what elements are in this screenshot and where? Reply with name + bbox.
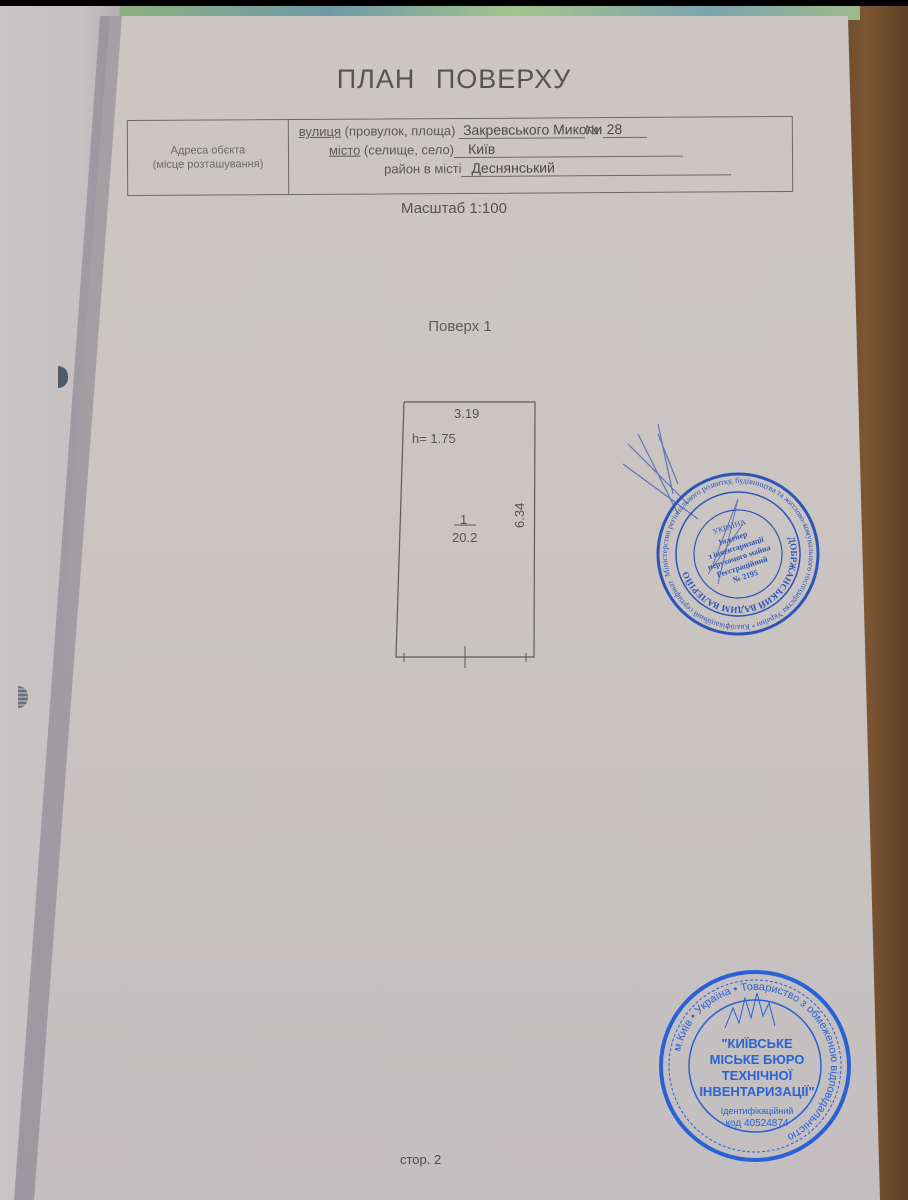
- city-value: Київ: [454, 140, 683, 158]
- address-label-cell: Адреса обєкта (місце розташування): [128, 120, 289, 195]
- ceiling-height: h= 1.75: [412, 431, 456, 446]
- district-row: район в містіДеснянський: [384, 158, 732, 177]
- svg-text:код 40524874: код 40524874: [726, 1118, 789, 1129]
- address-sublabel: (місце розташування): [153, 157, 264, 172]
- city-row: місто (селище, село)Київ: [329, 140, 683, 159]
- floor-label: Поверх 1: [0, 318, 908, 335]
- svg-text:ІНВЕНТАРИЗАЦІЇ": ІНВЕНТАРИЗАЦІЇ": [699, 1084, 814, 1099]
- address-table: Адреса обєкта (місце розташування) вулиц…: [127, 116, 793, 196]
- district-value: Деснянський: [461, 158, 731, 177]
- room-area: 20.2: [452, 530, 477, 545]
- city-key-rest: (селище, село): [364, 142, 454, 158]
- floor-plan-drawing: 3.19 h= 1.75 1 20.2 6.34: [380, 386, 550, 676]
- length-dimension: 6.34: [512, 503, 527, 528]
- address-fields: вулиця (провулок, площа) Закревського Ми…: [289, 117, 792, 194]
- svg-text:"КИЇВСЬКЕ: "КИЇВСЬКЕ: [721, 1036, 793, 1051]
- street-row: вулиця (провулок, площа) Закревського Ми…: [299, 121, 647, 140]
- bureau-seal-stamp: м.Київ • Україна • Товариство з обмежено…: [655, 968, 855, 1164]
- number-sign: №: [585, 122, 599, 137]
- street-key: вулиця: [299, 124, 341, 139]
- scale-label: Масштаб 1:100: [0, 200, 908, 217]
- district-key: район в місті: [384, 161, 462, 176]
- page-number: стор. 2: [400, 1152, 441, 1167]
- svg-text:МІСЬКЕ БЮРО: МІСЬКЕ БЮРО: [710, 1052, 805, 1067]
- city-key: місто: [329, 143, 360, 158]
- engineer-seal-stamp: Міністерство регіонального розвитку, буд…: [618, 424, 828, 644]
- street-key-rest: (провулок, площа): [345, 123, 456, 139]
- photo-scene: ПЛАН ПОВЕРХУ Адреса обєкта (місце розташ…: [0, 6, 908, 1200]
- svg-text:Ідентифікаційний: Ідентифікаційний: [721, 1106, 794, 1116]
- address-label: Адреса обєкта: [171, 143, 246, 157]
- street-value: Закревського Миколи: [459, 121, 585, 139]
- svg-text:ТЕХНІЧНОЇ: ТЕХНІЧНОЇ: [722, 1068, 793, 1083]
- room-number: 1: [460, 512, 467, 527]
- page-title: ПЛАН ПОВЕРХУ: [0, 64, 908, 95]
- width-dimension: 3.19: [454, 406, 479, 421]
- house-number: 28: [603, 121, 647, 138]
